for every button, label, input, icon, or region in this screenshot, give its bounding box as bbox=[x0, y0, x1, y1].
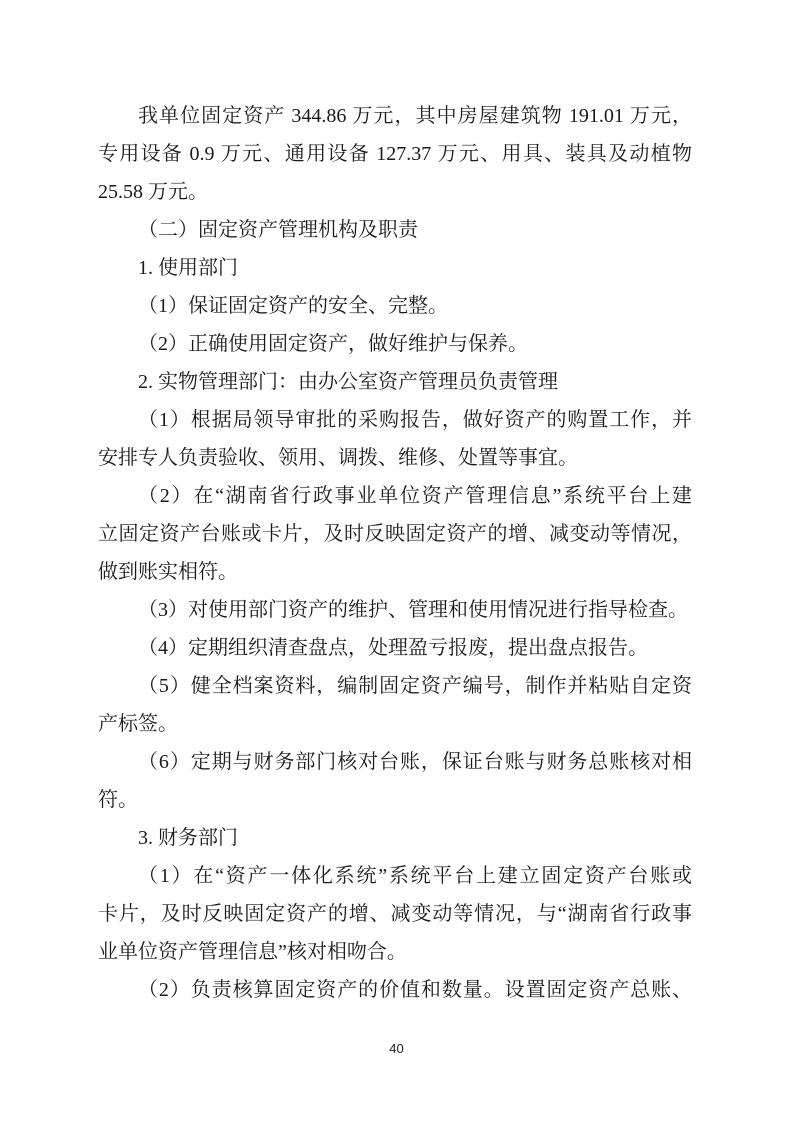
text-line: 产标签。 bbox=[98, 705, 692, 743]
text-line: 3. 财务部门 bbox=[98, 819, 692, 857]
text-line: （2）负责核算固定资产的价值和数量。设置固定资产总账、 bbox=[98, 971, 692, 1009]
text-line: 安排专人负责验收、领用、调拨、维修、处置等事宜。 bbox=[98, 439, 692, 477]
text-line: 做到账实相符。 bbox=[98, 553, 692, 591]
text-line: 业单位资产管理信息”核对相吻合。 bbox=[98, 933, 692, 971]
text-line: 卡片，及时反映固定资产的增、减变动等情况，与“湖南省行政事 bbox=[98, 895, 692, 933]
text-line: （2）在“湖南省行政事业单位资产管理信息”系统平台上建 bbox=[98, 477, 692, 515]
text-line: 符。 bbox=[98, 781, 692, 819]
text-line: （1）保证固定资产的安全、完整。 bbox=[98, 287, 692, 325]
document-page: 我单位固定资产 344.86 万元，其中房屋建筑物 191.01 万元，专用设备… bbox=[0, 0, 793, 1122]
text-line: 专用设备 0.9 万元、通用设备 127.37 万元、用具、装具及动植物 bbox=[98, 135, 692, 173]
text-line: （1）在“资产一体化系统”系统平台上建立固定资产台账或 bbox=[98, 857, 692, 895]
page-number: 40 bbox=[0, 1040, 793, 1057]
text-line: 25.58 万元。 bbox=[98, 173, 692, 211]
text-line: （2）正确使用固定资产，做好维护与保养。 bbox=[98, 325, 692, 363]
text-line: （5）健全档案资料，编制固定资产编号，制作并粘贴自定资 bbox=[98, 667, 692, 705]
text-line: 2. 实物管理部门：由办公室资产管理员负责管理 bbox=[98, 363, 692, 401]
text-line: （二）固定资产管理机构及职责 bbox=[98, 211, 692, 249]
document-body: 我单位固定资产 344.86 万元，其中房屋建筑物 191.01 万元，专用设备… bbox=[98, 97, 692, 1009]
text-line: 我单位固定资产 344.86 万元，其中房屋建筑物 191.01 万元， bbox=[98, 97, 692, 135]
text-line: （1）根据局领导审批的采购报告，做好资产的购置工作，并 bbox=[98, 401, 692, 439]
text-line: （3）对使用部门资产的维护、管理和使用情况进行指导检查。 bbox=[98, 591, 692, 629]
text-line: （6）定期与财务部门核对台账，保证台账与财务总账核对相 bbox=[98, 743, 692, 781]
text-line: 立固定资产台账或卡片，及时反映固定资产的增、减变动等情况， bbox=[98, 515, 692, 553]
text-line: （4）定期组织清查盘点，处理盈亏报废，提出盘点报告。 bbox=[98, 629, 692, 667]
text-line: 1. 使用部门 bbox=[98, 249, 692, 287]
